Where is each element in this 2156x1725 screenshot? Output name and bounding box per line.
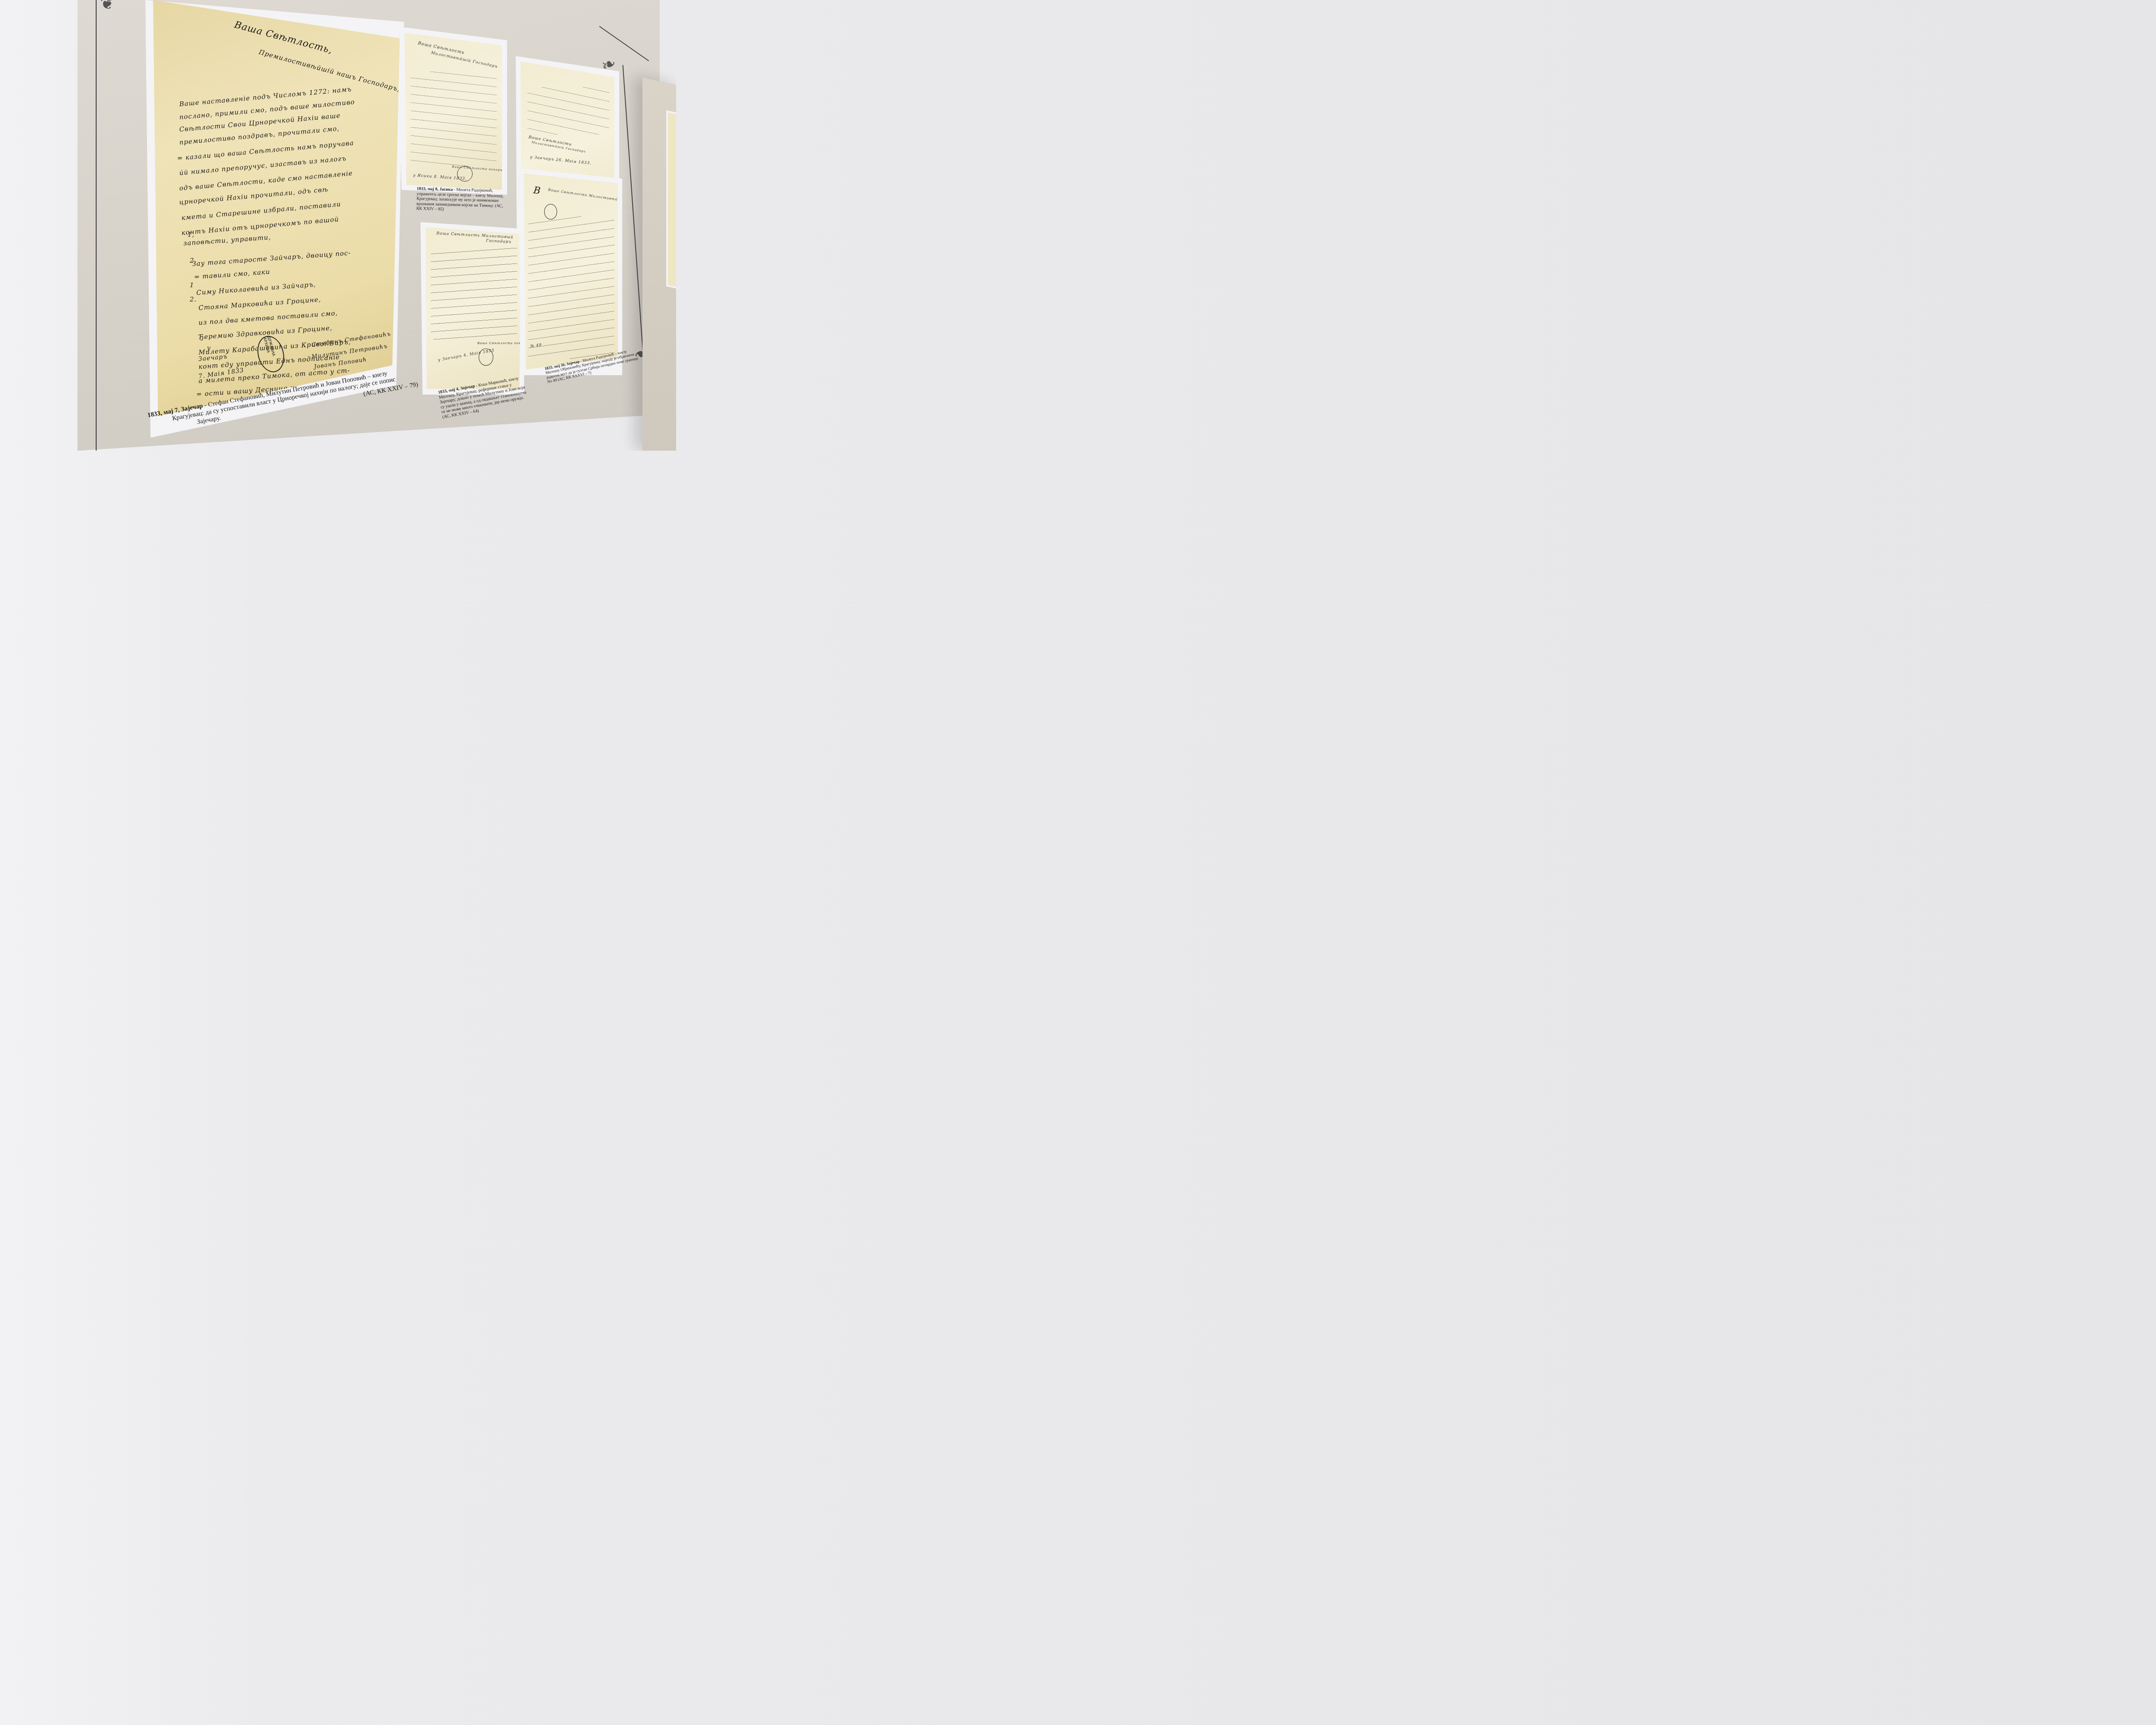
doc-subheading: Господаръ (486, 238, 512, 244)
scroll-ornament-icon: ❦ (100, 0, 115, 12)
document-paper-bottom-middle: Ваша Свѣтлость Милостивый Господаръ Ваше… (426, 227, 521, 389)
doc-footer: у Заечаръ 26. Маія 1833. (530, 155, 592, 166)
doc-heading: Ваше Свѣтлости Милостивѣйшій Господаръ (548, 188, 618, 206)
archive-stamp-small (544, 204, 557, 220)
handwritten-lines (528, 216, 614, 359)
archive-stamp-small (457, 166, 473, 182)
caption-top-middle: 1833, мај 8, Јасика - Милета Радојковић,… (416, 186, 509, 213)
letter-line: из пол два кметова поставили смо, (198, 309, 338, 327)
archive-stamp-small (479, 348, 493, 366)
letter-line: Зау тога старосте Зайчаръ, двоицу пос- (192, 249, 351, 268)
margin-mark: 2. (190, 257, 197, 264)
doc-heading: Ваша Свѣтлость Милостивый (436, 231, 514, 239)
stamp-text: ДРЖАВНА АРХИВА (262, 336, 280, 372)
letter-line: Симу Николаевића из Зайчаръ, (196, 280, 317, 296)
handwritten-lines (431, 247, 517, 339)
margin-mark: 2. (190, 295, 197, 303)
place-line: у (207, 345, 211, 352)
letter-line: = тавили смо, каки (194, 268, 271, 281)
handwritten-lines (411, 72, 497, 166)
doc-footer: Ваше Свѣтлости покорный слуга Коца Марко… (477, 342, 521, 345)
doc-heading-initial: В (533, 185, 541, 197)
letter-line: Стояна Марковића из Гроцине, (198, 295, 321, 312)
margin-mark: 1, (188, 231, 194, 238)
document-paper-bottom-right: В Ваше Свѣтлости Милостивѣйшій Господаръ… (524, 173, 618, 370)
margin-mark: 1 (190, 281, 194, 289)
handwritten-lines (527, 87, 609, 135)
adjacent-panel-document (666, 110, 676, 290)
document-paper-top-middle: Ваша Свѣтлость Милостивѣйшій Господаръ у… (404, 33, 502, 190)
